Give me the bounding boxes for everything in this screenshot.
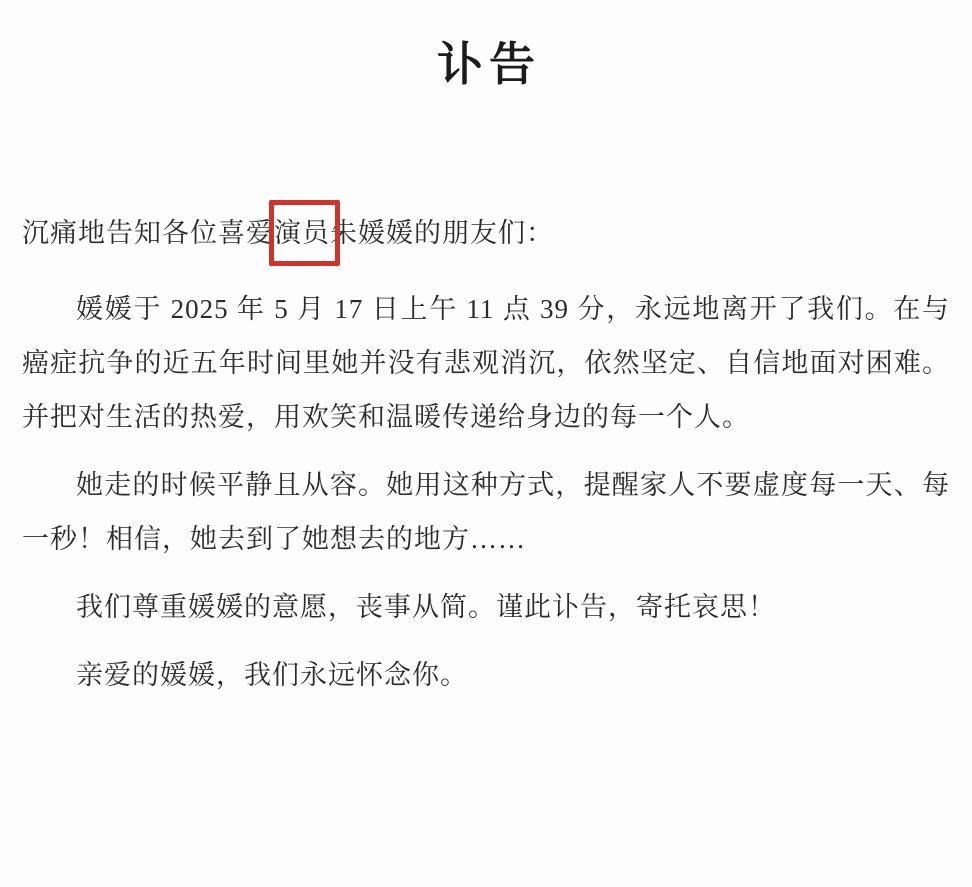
obituary-document: 讣告 沉痛地告知各位喜爱演员朱媛媛的朋友们： 媛媛于 2025 年 5 月 17… — [0, 0, 972, 887]
paragraph-death-announcement: 媛媛于 2025 年 5 月 17 日上午 11 点 39 分，永远地离开了我们… — [22, 282, 950, 444]
paragraph-farewell: 亲爱的媛媛，我们永远怀念你。 — [22, 648, 950, 702]
salutation-text-before: 沉痛地告知各位喜爱 — [22, 218, 274, 248]
highlighted-term-actor: 演员 — [274, 218, 330, 248]
salutation-text-after: 朱媛媛的朋友们： — [330, 218, 554, 248]
salutation-line: 沉痛地告知各位喜爱演员朱媛媛的朋友们： — [22, 206, 950, 260]
page-title: 讣告 — [0, 0, 972, 94]
document-body: 沉痛地告知各位喜爱演员朱媛媛的朋友们： 媛媛于 2025 年 5 月 17 日上… — [0, 206, 972, 702]
red-annotation-box: 演员 — [274, 206, 330, 260]
paragraph-passing-peacefully: 她走的时候平静且从容。她用这种方式，提醒家人不要虚度每一天、每一秒！相信，她去到… — [22, 458, 950, 566]
paragraph-funeral-simplicity: 我们尊重媛媛的意愿，丧事从简。谨此讣告，寄托哀思！ — [22, 580, 950, 634]
